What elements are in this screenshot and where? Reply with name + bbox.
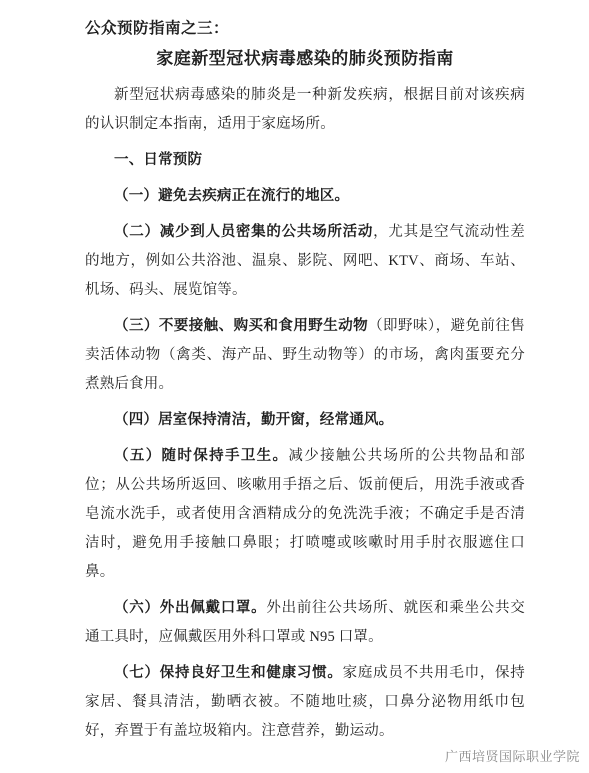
doc-series-heading: 公众预防指南之三： <box>85 14 525 43</box>
watermark: 广西培贤国际职业学院 <box>445 749 580 765</box>
item-bold-text: （四）居室保持清洁，勤开窗，经常通风。 <box>114 412 393 428</box>
item-bold-text: （五）随时保持手卫生。 <box>114 448 288 464</box>
guide-item-6: （六）外出佩戴口罩。外出前往公共场所、就医和乘坐公共交通工具时，应佩戴医用外科口… <box>85 594 525 652</box>
guide-item-4: （四）居室保持清洁，勤开窗，经常通风。 <box>85 406 525 435</box>
guide-item-1: （一）避免去疾病正在流行的地区。 <box>85 182 525 211</box>
doc-title: 家庭新型冠状病毒感染的肺炎预防指南 <box>85 44 525 74</box>
item-bold-text: （二）减少到人员密集的公共场所活动 <box>114 224 373 240</box>
guide-item-7: （七）保持良好卫生和健康习惯。家庭成员不共用毛巾，保持家居、餐具清洁，勤晒衣被。… <box>85 659 525 746</box>
guide-item-5: （五）随时保持手卫生。减少接触公共场所的公共物品和部位；从公共场所返回、咳嗽用手… <box>85 442 525 587</box>
section-heading: 一、日常预防 <box>85 146 525 175</box>
item-bold-text: （一）避免去疾病正在流行的地区。 <box>114 188 349 204</box>
intro-paragraph: 新型冠状病毒感染的肺炎是一种新发疾病，根据目前对该疾病的认识制定本指南，适用于家… <box>85 81 525 139</box>
item-bold-text: （六）外出佩戴口罩。 <box>114 600 266 616</box>
item-bold-text: （七）保持良好卫生和健康习惯。 <box>114 665 343 681</box>
guide-item-3: （三）不要接触、购买和食用野生动物（即野味），避免前往售卖活体动物（禽类、海产品… <box>85 312 525 399</box>
item-bold-text: （三）不要接触、购买和食用野生动物 <box>114 318 368 334</box>
document-page: 公众预防指南之三： 家庭新型冠状病毒感染的肺炎预防指南 新型冠状病毒感染的肺炎是… <box>0 0 589 773</box>
item-normal-text: 减少接触公共场所的公共物品和部位；从公共场所返回、咳嗽用手捂之后、饭前便后，用洗… <box>85 448 525 580</box>
guide-item-2: （二）减少到人员密集的公共场所活动，尤其是空气流动性差的地方，例如公共浴池、温泉… <box>85 218 525 305</box>
